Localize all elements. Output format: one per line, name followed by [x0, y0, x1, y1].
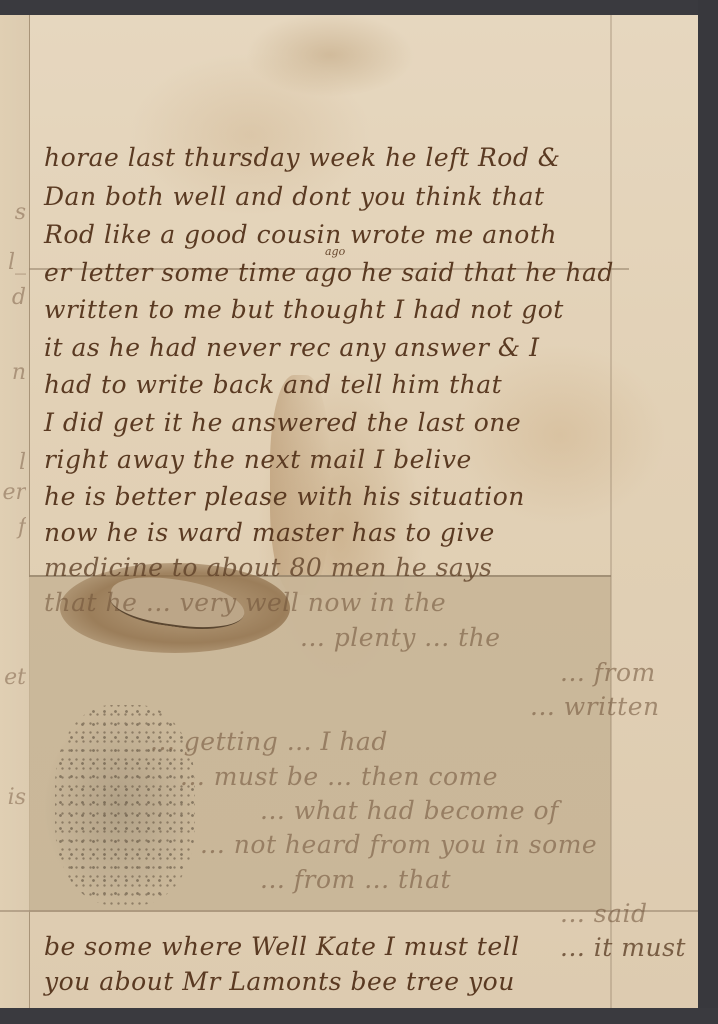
text-line: horae last thursday week he left Rod & — [44, 143, 561, 172]
handwritten-text: horae last thursday week he left Rod & D… — [0, 15, 698, 1008]
scan-frame-bottom — [0, 1008, 718, 1024]
text-line: had to write back and tell him that — [44, 370, 502, 399]
text-line: ... from — [560, 658, 656, 687]
text-line: be some where Well Kate I must tell — [44, 932, 520, 961]
text-line: ... it must — [560, 933, 686, 962]
text-line: Rod like a good cousin wrote me anoth — [44, 220, 557, 249]
text-line: it as he had never rec any answer & I — [44, 333, 539, 362]
text-line: medicine to about 80 men he says — [44, 553, 492, 582]
text-line: ... written — [530, 692, 660, 721]
letter-page: s l_ d n l er f et is horae last thursda… — [0, 15, 698, 1008]
text-line: ... said — [560, 899, 648, 928]
text-line: ... plenty ... the — [300, 623, 501, 652]
text-line: he is better please with his situation — [44, 482, 525, 511]
text-line: ... from ... that — [260, 865, 451, 894]
scan-frame-right — [698, 0, 718, 1024]
text-line: you about Mr Lamonts bee tree you — [44, 967, 515, 996]
text-line: ... getting ... I had — [150, 727, 388, 756]
text-line: ... what had become of — [260, 796, 559, 825]
text-line: written to me but thought I had not got — [44, 295, 564, 324]
text-line: ... not heard from you in some — [200, 830, 597, 859]
scan-frame-top — [0, 0, 718, 15]
text-line: I did get it he answered the last one — [44, 408, 521, 437]
text-line: that he ... very well now in the — [44, 588, 446, 617]
text-line: right away the next mail I belive — [44, 445, 472, 474]
text-line: er letter some time ago he said that he … — [44, 258, 614, 287]
insertion-note: ago — [325, 245, 345, 258]
text-line: Dan both well and dont you think that — [44, 182, 545, 211]
text-line: ... must be ... then come — [180, 762, 498, 791]
text-line: now he is ward master has to give — [44, 518, 495, 547]
